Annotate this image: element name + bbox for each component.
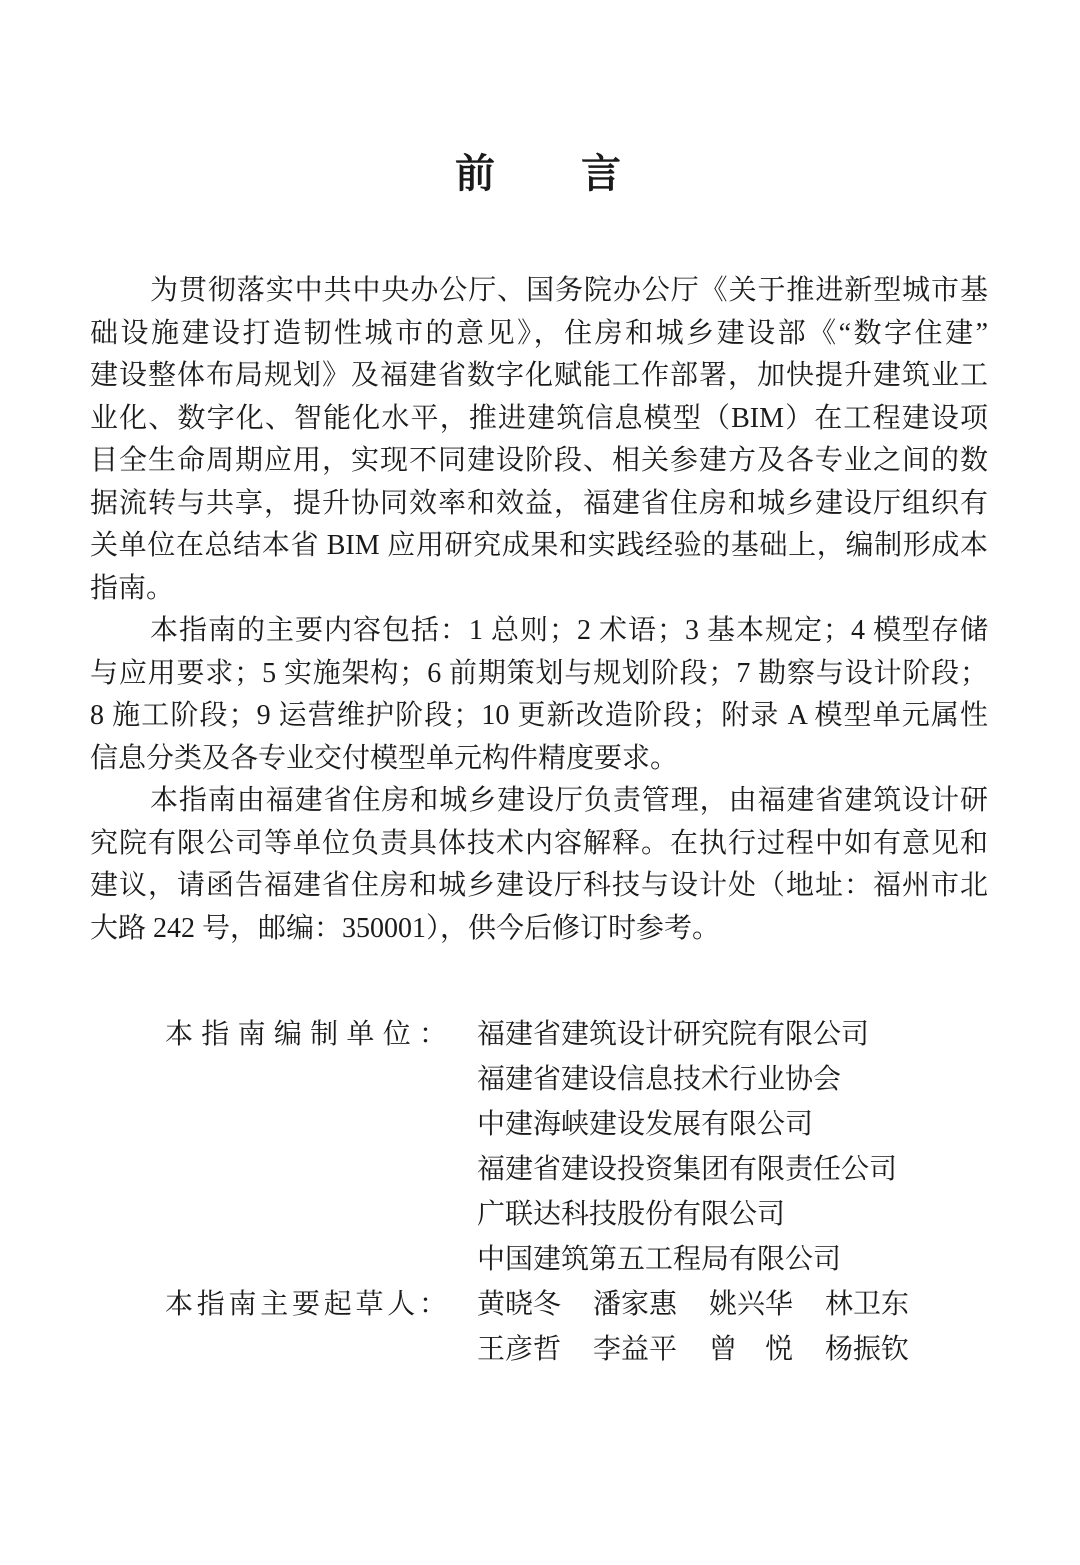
credit-row: 本指南主要起草人： 黄晓冬 潘家惠 姚兴华 林卫东 xyxy=(165,1282,988,1327)
paragraph-line: 与应用要求；5 实施架构；6 前期策划与规划阶段；7 勘察与设计阶段； xyxy=(90,653,988,696)
paragraph-line: 础设施建设打造韧性城市的意见》，住房和城乡建设部《“数字住建” xyxy=(90,313,988,356)
drafter-name: 曾 悦 xyxy=(709,1327,793,1372)
drafter-name: 杨振钦 xyxy=(825,1327,909,1372)
organization-name: 中建海峡建设发展有限公司 xyxy=(477,1102,813,1147)
paragraph-line: 关单位在总结本省 BIM 应用研究成果和实践经验的基础上，编制形成本 xyxy=(90,525,988,568)
organization-name: 中国建筑第五工程局有限公司 xyxy=(477,1237,841,1282)
credits-block: 本指南编制单位： 福建省建筑设计研究院有限公司 福建省建设信息技术行业协会 中建… xyxy=(90,1012,988,1372)
drafter-names-row: 王彦哲 李益平 曾 悦 杨振钦 xyxy=(477,1327,909,1372)
paragraph-line: 建议，请函告福建省住房和城乡建设厅科技与设计处（地址：福州市北 xyxy=(90,865,988,908)
paragraph-line: 本指南由福建省住房和城乡建设厅负责管理，由福建省建筑设计研 xyxy=(90,780,988,823)
credit-row: 本指南编制单位： 福建省建筑设计研究院有限公司 xyxy=(165,1012,988,1057)
drafter-name: 王彦哲 xyxy=(477,1327,561,1372)
credit-row: 中建海峡建设发展有限公司 xyxy=(165,1102,988,1147)
paragraph-line: 为贯彻落实中共中央办公厅、国务院办公厅《关于推进新型城市基 xyxy=(90,270,988,313)
organization-name: 福建省建设投资集团有限责任公司 xyxy=(477,1147,897,1192)
credit-row: 王彦哲 李益平 曾 悦 杨振钦 xyxy=(165,1327,988,1372)
paragraph-line: 本指南的主要内容包括：1 总则；2 术语；3 基本规定；4 模型存储 xyxy=(90,610,988,653)
drafter-names-row: 黄晓冬 潘家惠 姚兴华 林卫东 xyxy=(477,1282,909,1327)
document-page: 前 言 为贯彻落实中共中央办公厅、国务院办公厅《关于推进新型城市基 础设施建设打… xyxy=(0,0,1080,1565)
paragraph-line: 指南。 xyxy=(90,568,988,611)
compiler-label: 本指南编制单位： xyxy=(165,1012,447,1057)
page-title: 前 言 xyxy=(90,150,988,198)
drafter-name: 黄晓冬 xyxy=(477,1282,561,1327)
paragraph-line: 大路 242 号，邮编：350001），供今后修订时参考。 xyxy=(90,908,988,951)
drafter-name: 李益平 xyxy=(593,1327,677,1372)
organization-name: 福建省建设信息技术行业协会 xyxy=(477,1057,841,1102)
paragraph-line: 目全生命周期应用，实现不同建设阶段、相关参建方及各专业之间的数 xyxy=(90,440,988,483)
credit-row: 广联达科技股份有限公司 xyxy=(165,1192,988,1237)
paragraph-line: 究院有限公司等单位负责具体技术内容解释。在执行过程中如有意见和 xyxy=(90,823,988,866)
drafter-name: 潘家惠 xyxy=(593,1282,677,1327)
paragraph-line: 8 施工阶段；9 运营维护阶段；10 更新改造阶段；附录 A 模型单元属性 xyxy=(90,695,988,738)
paragraph-line: 建设整体布局规划》及福建省数字化赋能工作部署，加快提升建筑业工 xyxy=(90,355,988,398)
paragraph-line: 信息分类及各专业交付模型单元构件精度要求。 xyxy=(90,738,988,781)
credit-row: 福建省建设信息技术行业协会 xyxy=(165,1057,988,1102)
drafter-label: 本指南主要起草人： xyxy=(165,1282,447,1327)
credit-row: 中国建筑第五工程局有限公司 xyxy=(165,1237,988,1282)
paragraph-line: 据流转与共享，提升协同效率和效益，福建省住房和城乡建设厅组织有 xyxy=(90,483,988,526)
credit-row: 福建省建设投资集团有限责任公司 xyxy=(165,1147,988,1192)
organization-name: 福建省建筑设计研究院有限公司 xyxy=(477,1012,869,1057)
preface-body: 为贯彻落实中共中央办公厅、国务院办公厅《关于推进新型城市基 础设施建设打造韧性城… xyxy=(90,270,988,950)
organization-name: 广联达科技股份有限公司 xyxy=(477,1192,785,1237)
drafter-name: 林卫东 xyxy=(825,1282,909,1327)
paragraph-line: 业化、数字化、智能化水平，推进建筑信息模型（BIM）在工程建设项 xyxy=(90,398,988,441)
drafter-name: 姚兴华 xyxy=(709,1282,793,1327)
